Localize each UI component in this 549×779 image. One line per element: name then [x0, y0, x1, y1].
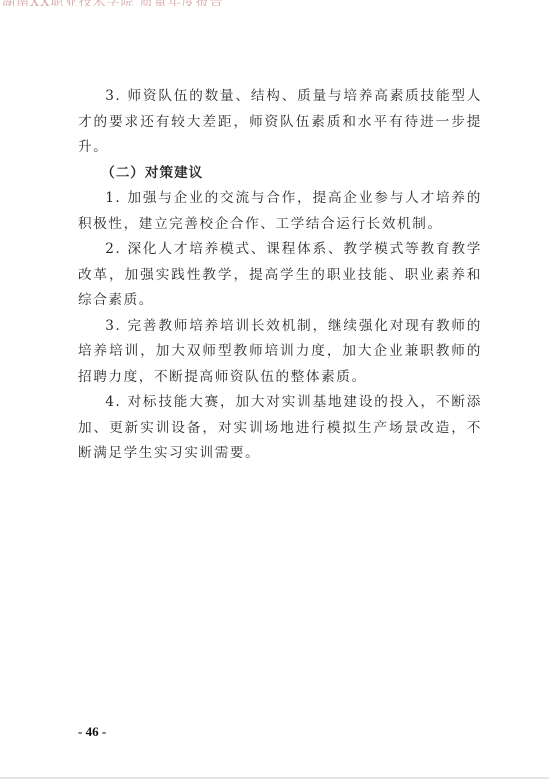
section-heading-countermeasures: （二）对策建议 — [78, 161, 482, 187]
paragraph-suggestion-3: 3. 完善教师培养培训长效机制，继续强化对现有教师的培养培训，加大双师型教师培训… — [78, 314, 482, 391]
paragraph-suggestion-1: 1. 加强与企业的交流与合作，提高企业参与人才培养的积极性，建立完善校企合作、工… — [78, 186, 482, 237]
page-number: - 46 - — [78, 724, 106, 740]
running-header-text: 湖南XX职业技术学院 质量年度报告 — [2, 0, 224, 6]
running-header: 湖南XX职业技术学院 质量年度报告 — [0, 0, 549, 6]
paragraph-suggestion-4: 4. 对标技能大赛，加大对实训基地建设的投入，不断添加、更新实训设备，对实训场地… — [78, 390, 482, 467]
paragraph-suggestion-2: 2. 深化人才培养模式、课程体系、教学模式等教育教学改革，加强实践性教学，提高学… — [78, 237, 482, 314]
paragraph-issue-3: 3. 师资队伍的数量、结构、质量与培养高素质技能型人才的要求还有较大差距，师资队… — [78, 84, 482, 161]
document-body: 3. 师资队伍的数量、结构、质量与培养高素质技能型人才的要求还有较大差距，师资队… — [78, 84, 482, 467]
